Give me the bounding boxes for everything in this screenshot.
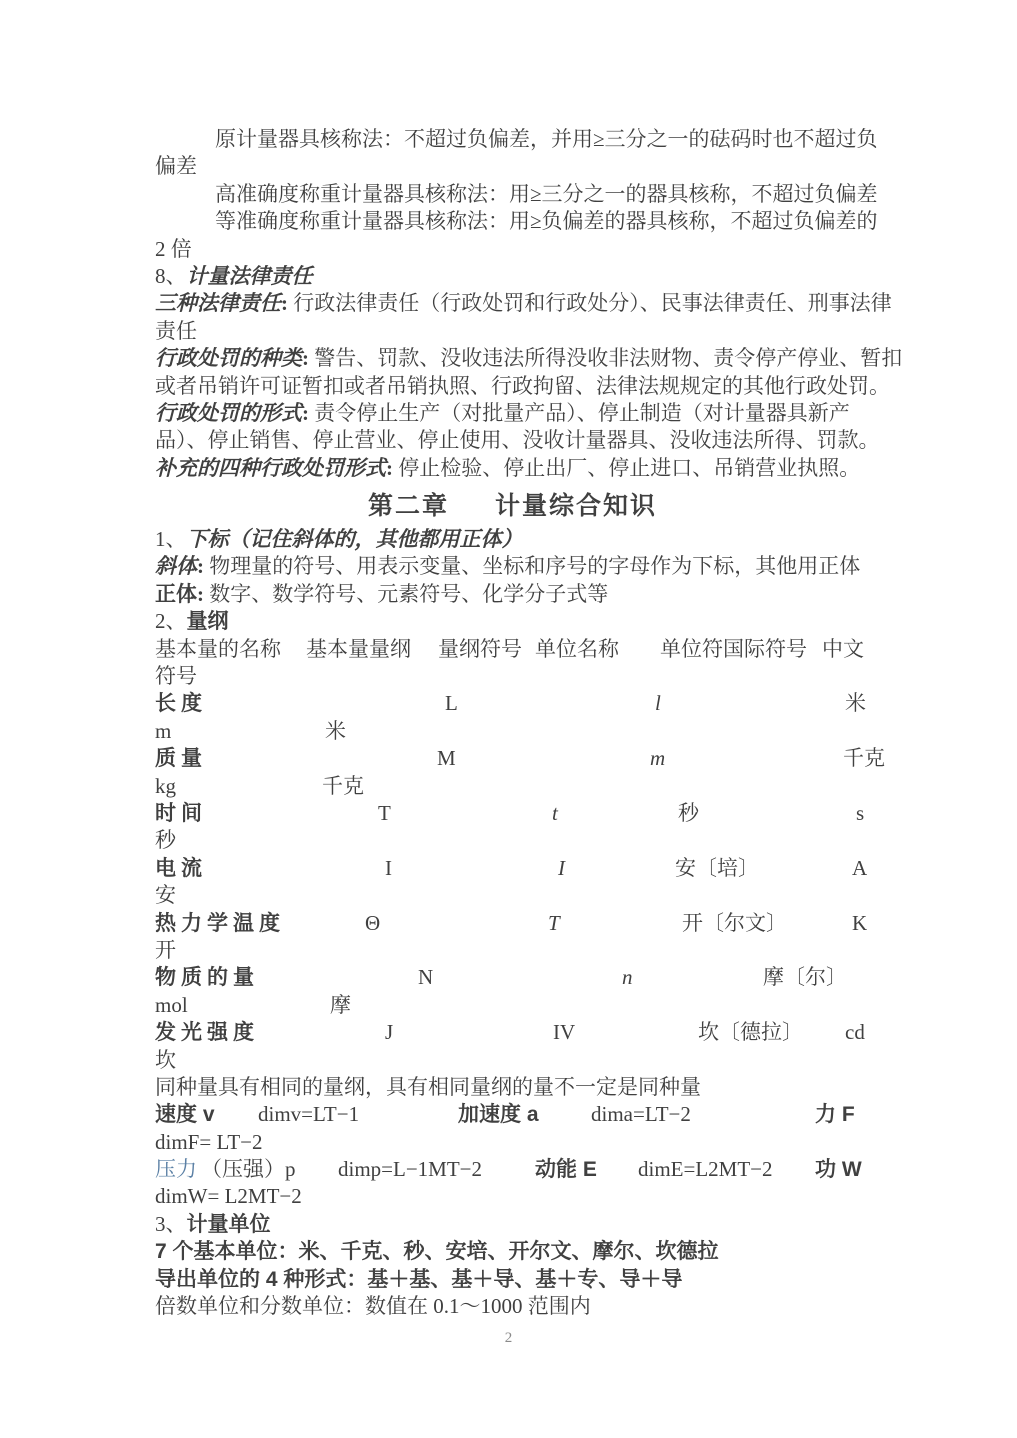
- intro-line-3: 高准确度称重计量器具核称法：用≥三分之一的器具核称，不超过负偏差: [155, 181, 870, 208]
- section-title: 下标（记住斜体的，其他都用正体）: [187, 527, 523, 551]
- quantity-symbol: n: [622, 964, 633, 991]
- body-text: 警告、罚款、没收违法所得没收非法财物、责令停产停业、暂扣: [314, 346, 902, 370]
- section-title: 计量单位: [187, 1213, 271, 1236]
- unit-symbol-intl: m: [155, 718, 171, 745]
- quantity-name: 速度 v: [155, 1101, 215, 1128]
- body-text: 偏差: [155, 154, 197, 178]
- body-text: 行政法律责任（行政处罚和行政处分）、民事法律责任、刑事法律: [293, 291, 892, 315]
- table-row-sub: 坎: [155, 1047, 870, 1074]
- quantity-name: 动能 E: [535, 1156, 597, 1183]
- dim-table-header: 基本量的名称 基本量量纲 量纲符号 单位名称 单位符国际符号 中文: [155, 636, 870, 663]
- section-title: 量纲: [187, 610, 229, 633]
- col-header: 符号: [155, 663, 197, 690]
- table-row-sub: kg 千克: [155, 773, 870, 800]
- unit-symbol-cn: 秒: [155, 827, 176, 854]
- dimension-formula: dimp=L−1MT−2: [338, 1156, 482, 1183]
- unit-name-cn: 米: [845, 690, 866, 717]
- derived-line-1b: dimF= LT−2: [155, 1129, 870, 1156]
- col-header: 中文: [822, 636, 864, 663]
- body-text: 责令停止生产（对批量产品）、停止制造（对计量器具新产: [314, 401, 850, 425]
- separator: :: [197, 582, 209, 606]
- unit-symbol-intl: mol: [155, 992, 188, 1019]
- unit-symbol-cn: 安: [155, 882, 176, 909]
- body-text: 物理量的符号、用表示变量、坐标和序号的字母作为下标，其他用正体: [209, 554, 860, 578]
- dimension-symbol: T: [378, 800, 391, 827]
- quantity-name: 加速度 a: [458, 1101, 539, 1128]
- quantity-name-suffix: （压强）p: [201, 1156, 296, 1183]
- quantity-symbol: T: [548, 910, 560, 937]
- section3-line-3: 倍数单位和分数单位：数值在 0.1～1000 范围内: [155, 1293, 870, 1320]
- section8-kinds-line-1: 行政处罚的种类: 警告、罚款、没收违法所得没收非法财物、责令停产停业、暂扣: [155, 345, 870, 372]
- section-number: 3、: [155, 1212, 187, 1236]
- dimension-note: 同种量具有相同的量纲，具有相同量纲的量不一定是同种量: [155, 1074, 870, 1101]
- unit-name-cn: 安〔培〕: [675, 855, 759, 882]
- body-text: 等准确度称重计量器具核称法：用≥负偏差的器具核称，不超过负偏差的: [215, 209, 878, 233]
- chapter-title: 第二章计量综合知识: [155, 482, 870, 526]
- section-number: 1、: [155, 527, 187, 551]
- section3-line-1: 7 个基本单位：米、千克、秒、安培、开尔文、摩尔、坎德拉: [155, 1238, 870, 1265]
- dimension-formula: dima=LT−2: [591, 1101, 691, 1128]
- unit-symbol-intl: s: [856, 800, 864, 827]
- derived-line-2: 压力 （压强）p dimp=L−1MT−2 动能 E dimE=L2MT−2 功…: [155, 1156, 870, 1183]
- col-header: 基本量的名称: [155, 636, 281, 663]
- dimension-symbol: Θ: [365, 910, 380, 937]
- quantity-name: 质量: [155, 745, 207, 772]
- unit-symbol-cn: 坎: [155, 1047, 176, 1074]
- term-label: 正体: [155, 583, 197, 606]
- quantity-symbol: I: [558, 855, 565, 882]
- table-row-sub: 秒: [155, 827, 870, 854]
- dimension-symbol: N: [418, 964, 433, 991]
- unit-symbol-intl: K: [852, 910, 867, 937]
- quantity-symbol: m: [650, 745, 665, 772]
- table-row: 热力学温度 Θ T 开〔尔文〕 K: [155, 910, 870, 937]
- term-label: 行政处罚的形式: [155, 401, 302, 425]
- intro-line-1: 原计量器具核称法：不超过负偏差，并用≥三分之一的砝码时也不超过负: [155, 126, 870, 153]
- quantity-symbol: t: [552, 800, 558, 827]
- term-label: 三种法律责任: [155, 291, 281, 315]
- dim-table-header-wrap: 符号: [155, 663, 870, 690]
- unit-name-cn: 坎〔德拉〕: [698, 1019, 803, 1046]
- document-body: 原计量器具核称法：不超过负偏差，并用≥三分之一的砝码时也不超过负 偏差 高准确度…: [155, 126, 870, 1320]
- col-header: 基本量量纲: [306, 636, 411, 663]
- term-label: 补充的四种行政处罚形式: [155, 456, 386, 480]
- intro-line-4: 等准确度称重计量器具核称法：用≥负偏差的器具核称，不超过负偏差的: [155, 208, 870, 235]
- unit-name-cn: 摩〔尔〕: [763, 964, 847, 991]
- chapter-name: 计量综合知识: [495, 486, 657, 522]
- unit-symbol-intl: A: [852, 855, 867, 882]
- table-row-sub: 安: [155, 882, 870, 909]
- section-number: 8、: [155, 264, 187, 288]
- body-text: 导出单位的 4 种形式：基＋基、基＋导、基＋专、导＋导: [155, 1268, 682, 1291]
- body-text: 停止检验、停止出厂、停止进口、吊销营业执照。: [398, 456, 860, 480]
- quantity-name-highlight: 压力: [155, 1156, 197, 1183]
- dimension-symbol: J: [385, 1019, 393, 1046]
- col-header: 量纲符号: [438, 636, 522, 663]
- table-row: 发光强度 J IV 坎〔德拉〕 cd: [155, 1019, 870, 1046]
- term-label: 行政处罚的种类: [155, 346, 302, 370]
- body-text: 责任: [155, 319, 197, 343]
- page-number: 2: [0, 1330, 1017, 1347]
- quantity-name: 发光强度: [155, 1019, 259, 1046]
- col-header: 单位名称: [535, 636, 619, 663]
- intro-line-5: 2 倍: [155, 236, 870, 263]
- body-text: 2 倍: [155, 237, 192, 261]
- quantity-name: 热力学温度: [155, 910, 285, 937]
- unit-symbol-intl: cd: [845, 1019, 865, 1046]
- quantity-name: 物质的量: [155, 964, 259, 991]
- col-header: 单位符国际符号: [660, 636, 807, 663]
- dimension-formula: dimF= LT−2: [155, 1130, 263, 1154]
- table-row: 长度 L l 米: [155, 690, 870, 717]
- section3-heading: 3、计量单位: [155, 1211, 870, 1238]
- unit-symbol-cn: 千克: [322, 773, 364, 800]
- body-text: 原计量器具核称法：不超过负偏差，并用≥三分之一的砝码时也不超过负: [215, 127, 878, 151]
- quantity-name: 力 F: [815, 1101, 855, 1128]
- unit-symbol-cn: 摩: [330, 992, 351, 1019]
- body-text: 7 个基本单位：米、千克、秒、安培、开尔文、摩尔、坎德拉: [155, 1240, 719, 1263]
- section1-heading: 1、下标（记住斜体的，其他都用正体）: [155, 526, 870, 553]
- section1-italic-line: 斜体: 物理量的符号、用表示变量、坐标和序号的字母作为下标，其他用正体: [155, 553, 870, 580]
- section8-forms-line-1: 行政处罚的形式: 责令停止生产（对批量产品）、停止制造（对计量器具新产: [155, 400, 870, 427]
- section8-kinds-line-2: 或者吊销许可证暂扣或者吊销执照、行政拘留、法律法规规定的其他行政处罚。: [155, 373, 870, 400]
- section2-heading: 2、量纲: [155, 608, 870, 635]
- unit-name-cn: 千克: [843, 745, 885, 772]
- dimension-formula: dimW= L2MT−2: [155, 1184, 302, 1208]
- separator: :: [281, 291, 293, 315]
- body-text: 或者吊销许可证暂扣或者吊销执照、行政拘留、法律法规规定的其他行政处罚。: [155, 374, 890, 398]
- table-row: 质量 M m 千克: [155, 745, 870, 772]
- quantity-name: 电流: [155, 855, 207, 882]
- unit-symbol-cn: 开: [155, 937, 176, 964]
- intro-line-2: 偏差: [155, 153, 870, 180]
- separator: :: [197, 554, 209, 578]
- quantity-symbol: IV: [553, 1019, 575, 1046]
- section8-heading: 8、计量法律责任: [155, 263, 870, 290]
- separator: :: [386, 456, 398, 480]
- dimension-formula: dimE=L2MT−2: [638, 1156, 773, 1183]
- section-number: 2、: [155, 609, 187, 633]
- document-page: 原计量器具核称法：不超过负偏差，并用≥三分之一的砝码时也不超过负 偏差 高准确度…: [0, 0, 1017, 1438]
- body-text: 高准确度称重计量器具核称法：用≥三分之一的器具核称，不超过负偏差: [215, 182, 878, 206]
- separator: :: [302, 346, 314, 370]
- dimension-symbol: L: [445, 690, 458, 717]
- table-row: 物质的量 N n 摩〔尔〕: [155, 964, 870, 991]
- chapter-number: 第二章: [368, 486, 449, 522]
- section1-upright-line: 正体: 数字、数学符号、元素符号、化学分子式等: [155, 581, 870, 608]
- dimension-symbol: I: [385, 855, 392, 882]
- table-row-sub: 开: [155, 937, 870, 964]
- section8-forms-line-2: 品）、停止销售、停止营业、停止使用、没收计量器具、没收违法所得、罚款。: [155, 427, 870, 454]
- body-text: 品）、停止销售、停止营业、停止使用、没收计量器具、没收违法所得、罚款。: [155, 428, 880, 452]
- quantity-name: 时间: [155, 800, 207, 827]
- section3-line-2: 导出单位的 4 种形式：基＋基、基＋导、基＋专、导＋导: [155, 1266, 870, 1293]
- quantity-name: 长度: [155, 690, 207, 717]
- term-label: 斜体: [155, 554, 197, 578]
- table-row-sub: m 米: [155, 718, 870, 745]
- body-text: 数字、数学符号、元素符号、化学分子式等: [209, 582, 608, 606]
- unit-name-cn: 开〔尔文〕: [682, 910, 787, 937]
- quantity-name: 功 W: [815, 1156, 862, 1183]
- body-text: 倍数单位和分数单位：数值在 0.1～1000 范围内: [155, 1294, 591, 1318]
- separator: :: [302, 401, 314, 425]
- section8-law-line-1: 三种法律责任: 行政法律责任（行政处罚和行政处分）、民事法律责任、刑事法律: [155, 290, 870, 317]
- unit-symbol-cn: 米: [325, 718, 346, 745]
- unit-symbol-intl: kg: [155, 773, 176, 800]
- table-row-sub: mol 摩: [155, 992, 870, 1019]
- dimension-symbol: M: [437, 745, 456, 772]
- quantity-symbol: l: [655, 690, 661, 717]
- derived-line-2b: dimW= L2MT−2: [155, 1183, 870, 1210]
- section8-supp-line: 补充的四种行政处罚形式: 停止检验、停止出厂、停止进口、吊销营业执照。: [155, 455, 870, 482]
- unit-name-cn: 秒: [678, 800, 699, 827]
- derived-line-1: 速度 v dimv=LT−1 加速度 a dima=LT−2 力 F: [155, 1101, 870, 1128]
- dimension-formula: dimv=LT−1: [258, 1101, 359, 1128]
- table-row: 时间 T t 秒 s: [155, 800, 870, 827]
- section8-law-line-2: 责任: [155, 318, 870, 345]
- table-row: 电流 I I 安〔培〕 A: [155, 855, 870, 882]
- body-text: 同种量具有相同的量纲，具有相同量纲的量不一定是同种量: [155, 1075, 701, 1099]
- section-title: 计量法律责任: [187, 264, 313, 288]
